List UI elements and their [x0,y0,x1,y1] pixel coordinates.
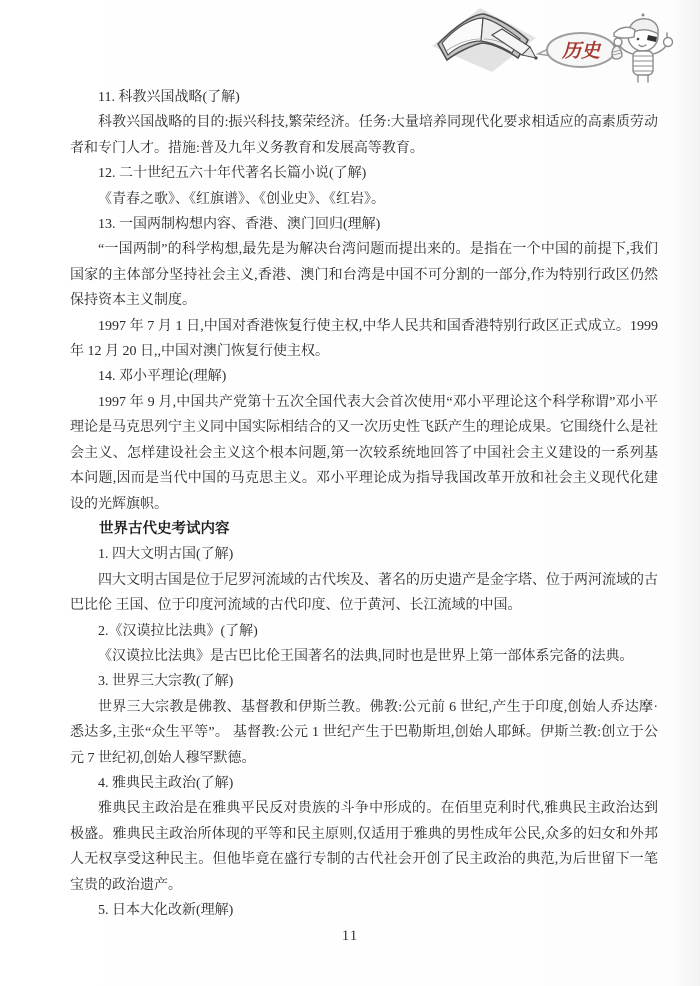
paragraph: 1. 四大文明古国(了解) [70,542,658,567]
page-number: 11 [0,928,700,945]
paragraph: 12. 二十世纪五六十年代著名长篇小说(了解) [70,161,658,186]
document-page: { "header": { "subject_label": "历史", "su… [0,0,700,986]
paragraph: 科教兴国战略的目的:振兴科技,繁荣经济。任务:大量培养同现代化要求相适应的高素质… [70,110,658,161]
paragraph: 1997 年 7 月 1 日,中国对香港恢复行使主权,中华人民共和国香港特别行政… [70,314,658,365]
paragraph: 1997 年 9 月,中国共产党第十五次全国代表大会首次使用“邓小平理论这个科学… [70,390,658,517]
paragraph: 5. 日本大化改新(理解) [70,898,658,923]
paragraph: 14. 邓小平理论(理解) [70,364,658,389]
paragraph: 4. 雅典民主政治(了解) [70,771,658,796]
paragraph: 2.《汉谟拉比法典》(了解) [70,619,658,644]
paragraph: 11. 科教兴国战略(了解) [70,85,658,110]
header-decoration-art: 历史 [426,2,678,98]
open-book-with-pencil-icon [432,8,538,72]
paragraph: 世界三大宗教是佛教、基督教和伊斯兰教。佛教:公元前 6 世纪,产生于印度,创始人… [70,695,658,771]
subject-label: 历史 [561,40,602,62]
section-heading: 世界古代史考试内容 [70,517,658,542]
paragraph: 《汉谟拉比法典》是古巴比伦王国著名的法典,同时也是世界上第一部体系完备的法典。 [70,644,658,669]
paragraph: 四大文明古国是位于尼罗河流域的古代埃及、著名的历史遗产是金字塔、位于两河流域的古… [70,568,658,619]
header-decoration: 历史 [426,2,678,98]
cartoon-student-icon [612,14,673,83]
paragraph: “一国两制”的科学构想,最先是为解决台湾问题而提出来的。是指在一个中国的前提下,… [70,237,658,313]
paragraph: 13. 一国两制构想内容、香港、澳门回归(理解) [70,212,658,237]
page-body: 11. 科教兴国战略(了解)科教兴国战略的目的:振兴科技,繁荣经济。任务:大量培… [70,85,658,923]
paragraph: 3. 世界三大宗教(了解) [70,669,658,694]
paragraph: 《青春之歌》、《红旗谱》、《创业史》、《红岩》。 [70,187,658,212]
paragraph: 雅典民主政治是在雅典平民反对贵族的斗争中形成的。在佰里克利时代,雅典民主政治达到… [70,796,658,898]
subject-speech-bubble: 历史 [538,33,615,67]
